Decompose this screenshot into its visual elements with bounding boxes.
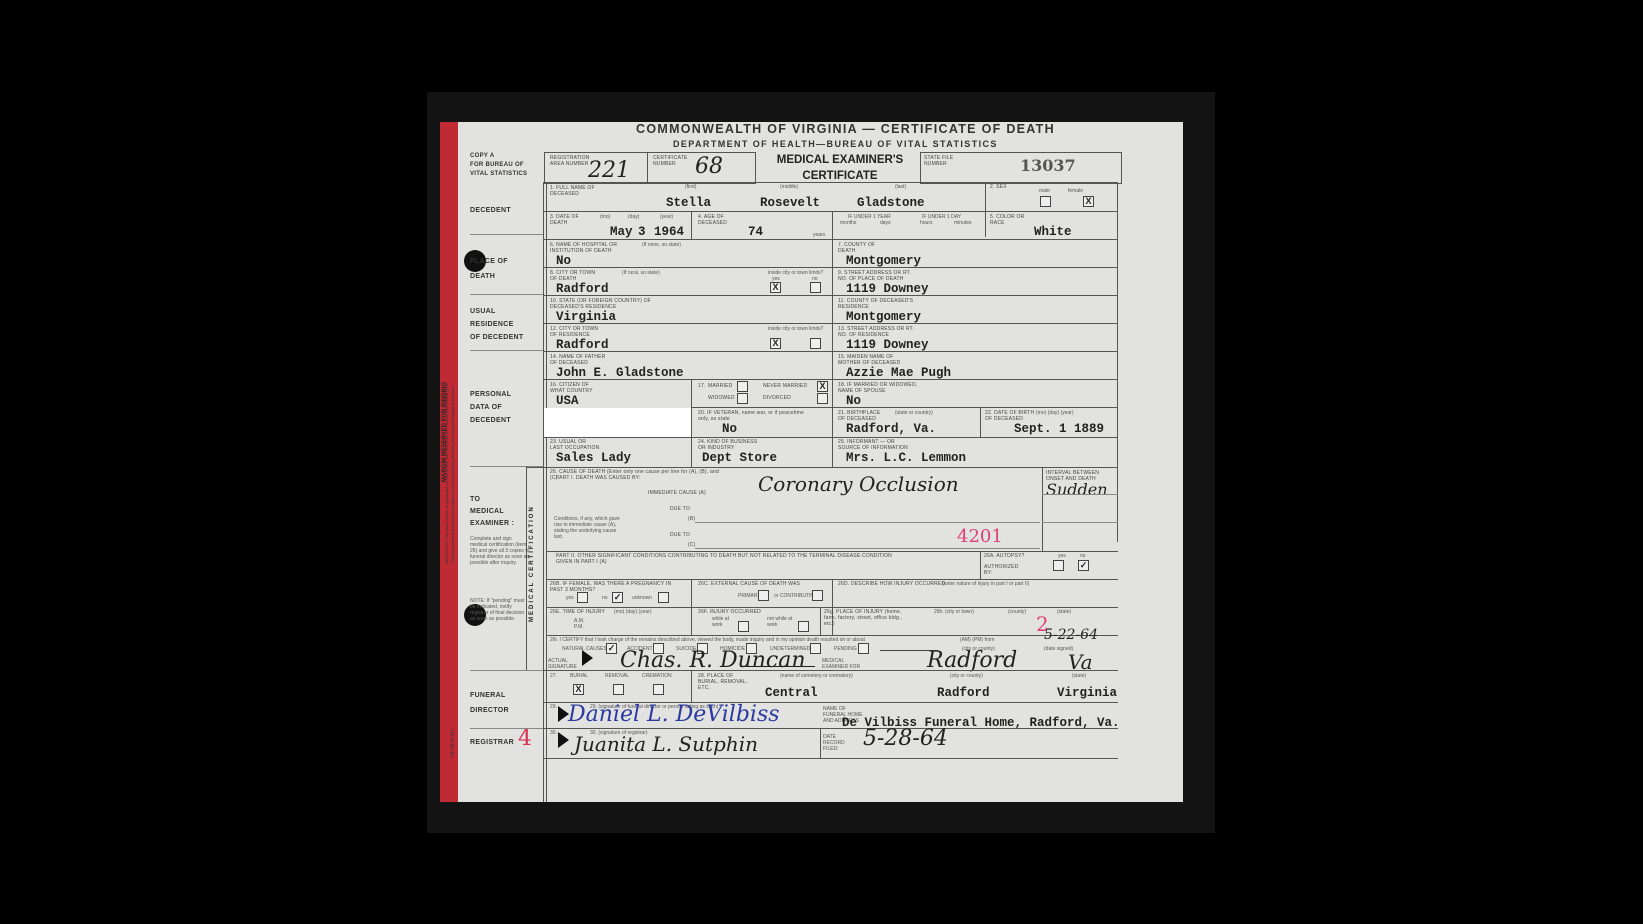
injury-not-at-work-checkbox[interactable] [798,621,809,632]
important-note-1: IMPORTANT: Use black ribbon in typewrite… [444,554,449,564]
divorced-checkbox[interactable] [817,393,828,404]
signature-arrow-icon [582,650,593,666]
cremation-checkbox[interactable] [653,684,664,695]
undetermined-checkbox[interactable] [810,643,821,654]
burial-state: Virginia [1057,686,1117,700]
birthplace: Radford, Va. [846,422,936,436]
sex-female-checkbox[interactable]: X [1083,196,1094,207]
residence-street: 1119 Downey [846,338,929,352]
sex-male-checkbox[interactable] [1040,196,1051,207]
document-subtitle: DEPARTMENT OF HEALTH—BUREAU OF VITAL STA… [673,139,998,149]
natural-causes-checkbox[interactable]: ✓ [606,643,617,654]
me-date-signed: 5-22-64 [1044,627,1098,643]
medical-certification-label: MEDICAL CERTIFICATION [529,505,535,622]
copy-label: COPY AFOR BUREAU OFVITAL STATISTICS [470,152,527,179]
onset-interval: Sudden [1046,480,1108,499]
pregnancy-unknown-checkbox[interactable] [658,592,669,603]
date-of-birth: Sept. 1 1889 [1014,422,1104,436]
informant: Mrs. L.C. Lemmon [846,451,966,465]
death-inside-limits-yes[interactable]: X [770,282,781,293]
funeral-director-signature: Daniel L. DeVilbiss [568,702,780,727]
injury-at-work-checkbox[interactable] [738,621,749,632]
cemetery: Central [765,686,818,700]
residence-inside-limits-no[interactable] [810,338,821,349]
married-checkbox[interactable] [737,381,748,392]
redacted-field [544,408,691,438]
section-personal-data: PERSONALDATA OFDECEDENT [470,388,511,427]
widowed-checkbox[interactable] [737,393,748,404]
registration-area-number: 221 [588,158,630,183]
certificate-type: MEDICAL EXAMINER'SCERTIFICATE [760,152,920,184]
burial-city: Radford [937,686,990,700]
section-place-of-death: PLACE OFDEATH [470,254,508,284]
removal-checkbox[interactable] [613,684,624,695]
important-note-2: This is a permanent record and subject t… [450,386,455,564]
residence-city: Radford [556,338,609,352]
pregnancy-no-checkbox[interactable]: ✓ [612,592,623,603]
section-usual-residence: USUALRESIDENCEOF DECEDENT [470,305,523,344]
veteran-status: No [722,422,737,436]
immediate-cause: Coronary Occlusion [758,472,959,496]
age: 74 [748,225,763,239]
state-file-number: 13037 [1020,156,1076,175]
death-year: 1964 [654,225,684,239]
occupation: Sales Lady [556,451,631,465]
decedent-first-name: Stella [666,196,711,210]
death-street: 1119 Downey [846,282,929,296]
decedent-last-name: Gladstone [857,196,925,210]
death-month: May [610,225,633,239]
autopsy-yes-checkbox[interactable] [1053,560,1064,571]
pending-checkbox[interactable] [858,643,869,654]
residence-county: Montgomery [846,310,921,324]
residence-state: Virginia [556,310,616,324]
me-instructions: Complete and sign medical certification … [470,536,530,566]
mother-maiden-name: Azzie Mae Pugh [846,366,951,380]
father-name: John E. Gladstone [556,366,684,380]
residence-inside-limits-yes[interactable]: X [770,338,781,349]
never-married-checkbox[interactable]: X [817,381,828,392]
external-primary-checkbox[interactable] [758,590,769,601]
section-to-medical-examiner: TOMEDICALEXAMINER : [470,494,514,530]
spouse-name: No [846,394,861,408]
death-day: 3 [638,225,646,239]
section-funeral-director: FUNERALDIRECTOR [470,688,509,718]
death-inside-limits-no[interactable] [810,282,821,293]
certificate-number: 68 [695,154,723,179]
date-record-filed: 5-28-64 [863,726,948,751]
death-city: Radford [556,282,609,296]
external-contributing-checkbox[interactable] [812,590,823,601]
section-decedent: DECEDENT [470,204,511,218]
death-county: Montgomery [846,254,921,268]
decedent-middle-name: Rosevelt [760,196,820,210]
registrar-signature: Juanita L. Sutphin [574,732,758,756]
signature-arrow-icon [558,732,569,748]
pregnancy-yes-checkbox[interactable] [577,592,588,603]
form-code: VS 2A (4-61) [450,729,456,758]
section-registrar: REGISTRAR [470,736,514,750]
color-race: White [1034,225,1072,239]
business: Dept Store [702,451,777,465]
certificate-document: MARGIN RESERVED FOR BINDING IMPORTANT: U… [440,122,1183,802]
cause-code-stamp: 4201 [957,526,1003,547]
registrar-mark: 4 [518,726,532,751]
hospital: No [556,254,571,268]
citizenship: USA [556,394,579,408]
document-title: COMMONWEALTH OF VIRGINIA — CERTIFICATE O… [636,122,1055,136]
burial-checkbox[interactable]: X [573,684,584,695]
autopsy-no-checkbox[interactable]: ✓ [1078,560,1089,571]
pending-note: NOTE: If "pending" must be indicated, no… [470,598,526,622]
